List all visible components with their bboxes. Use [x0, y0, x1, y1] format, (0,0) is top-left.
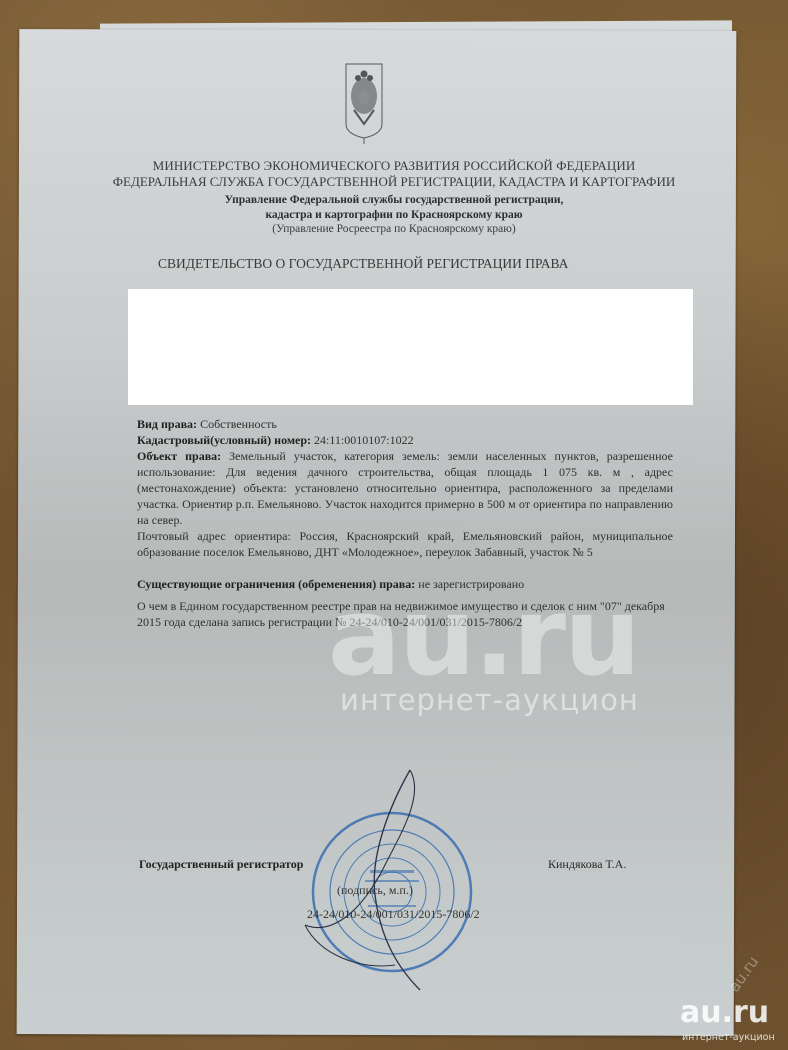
russian-coat-of-arms-icon [344, 62, 384, 144]
watermark-corner-brand: au.ru [680, 995, 769, 1030]
postal-address: Почтовый адрес ориентира: Россия, Красно… [137, 529, 673, 559]
object-description: Объект права: Земельный участок, категор… [137, 448, 673, 560]
department-line-2: кадастра и картографии по Красноярскому … [0, 209, 788, 221]
registrar-name: Киндякова Т.А. [548, 857, 626, 872]
cadastral-number-value: 24:11:0010107:1022 [314, 433, 414, 447]
right-type-row: Вид права: Собственность [137, 416, 673, 432]
department-line-1: Управление Федеральной службы государств… [0, 194, 788, 206]
registration-number: 24-24/010-24/001/031/2015-7806/2 [307, 907, 480, 922]
signature-note: (подпись, м.п.) [337, 883, 413, 898]
cadastral-number-label: Кадастровый(условный) номер: [137, 433, 311, 447]
registrar-label: Государственный регистратор [139, 857, 303, 872]
handwritten-signature [300, 765, 460, 995]
certificate-title: СВИДЕТЕЛЬСТВО О ГОСУДАРСТВЕННОЙ РЕГИСТРА… [158, 256, 568, 272]
watermark-tagline: интернет-аукцион [340, 683, 639, 717]
watermark-brand: au.ru [328, 575, 639, 700]
department-short-name: (Управление Росреестра по Красноярскому … [0, 223, 788, 235]
redacted-owner-block [128, 289, 693, 405]
ministry-heading: МИНИСТЕРСТВО ЭКОНОМИЧЕСКОГО РАЗВИТИЯ РОС… [0, 158, 788, 174]
right-type-value: Собственность [200, 417, 277, 431]
service-heading: ФЕДЕРАЛЬНАЯ СЛУЖБА ГОСУДАРСТВЕННОЙ РЕГИС… [0, 174, 788, 190]
watermark-corner-tagline: интернет-аукцион [682, 1032, 775, 1043]
object-label: Объект права: [137, 449, 221, 463]
right-type-label: Вид права: [137, 417, 197, 431]
cadastral-number-row: Кадастровый(условный) номер: 24:11:00101… [137, 432, 673, 448]
